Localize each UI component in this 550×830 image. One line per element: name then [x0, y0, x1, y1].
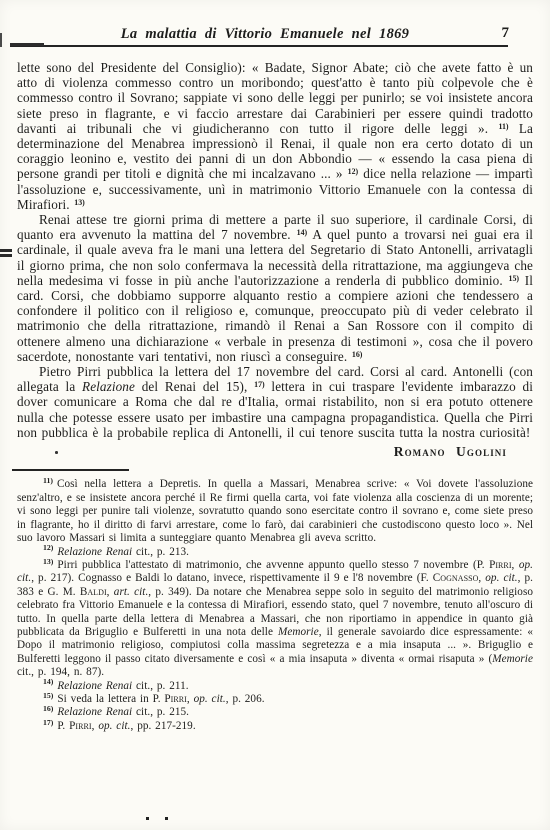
footnote-15: 15)Si veda la lettera in P. Pirri, op. c… [17, 693, 533, 706]
scan-edge-artifact [0, 33, 2, 47]
page-title: La malattia di Vittorio Emanuele nel 186… [57, 26, 473, 43]
footnote-12: 12)Relazione Renai cit., p. 213. [17, 546, 533, 559]
footnote-label: 12) [43, 543, 53, 552]
paragraph: Pietro Pirri pubblica la lettera del 17 … [17, 364, 533, 440]
footnote-17: 17)P. Pirri, op. cit., pp. 217-219. [17, 720, 533, 733]
footnotes: 11)Così nella lettera a Depretis. In que… [17, 478, 533, 733]
scanned-book-page: La malattia di Vittorio Emanuele nel 186… [0, 0, 550, 830]
header-rule-thick-segment [10, 43, 44, 46]
footnote-text: P. Pirri, op. cit., pp. 217-219. [57, 720, 195, 732]
footnote-text: Si veda la lettera in P. Pirri, op. cit.… [57, 693, 264, 705]
footnote-text: Così nella lettera a Depretis. In quella… [17, 478, 533, 544]
ink-dot-artifact [55, 451, 58, 454]
footnote-label: 16) [43, 704, 53, 713]
paragraph: lette sono del Presidente del Consiglio)… [17, 60, 533, 212]
footnote-14: 14)Relazione Renai cit., p. 211. [17, 680, 533, 693]
signature-row: Romano Ugolini [17, 444, 533, 461]
footnote-text: Relazione Renai cit., p. 215. [57, 706, 189, 718]
author-signature: Romano Ugolini [394, 444, 507, 459]
section-divider-dots-icon [146, 817, 186, 821]
footnote-separator [12, 469, 129, 471]
header-rule [10, 45, 508, 47]
footnote-11: 11)Così nella lettera a Depretis. In que… [17, 478, 533, 545]
footnote-text: Relazione Renai cit., p. 213. [57, 546, 189, 558]
running-header: La malattia di Vittorio Emanuele nel 186… [17, 26, 533, 44]
footnote-label: 15) [43, 691, 53, 700]
footnote-16: 16)Relazione Renai cit., p. 215. [17, 706, 533, 719]
page-number: 7 [502, 25, 510, 42]
footnote-label: 14) [43, 677, 53, 686]
footnote-text: Pirri pubblica l'attestato di matrimonio… [17, 559, 533, 678]
footnote-label: 11) [43, 476, 53, 485]
article-body: lette sono del Presidente del Consiglio)… [17, 60, 533, 733]
footnote-label: 17) [43, 718, 53, 727]
paragraph: Renai attese tre giorni prima di mettere… [17, 212, 533, 364]
footnote-label: 13) [43, 557, 53, 566]
margin-proof-mark-icon [0, 249, 12, 258]
footnote-text: Relazione Renai cit., p. 211. [57, 680, 188, 692]
footnote-13: 13)Pirri pubblica l'attestato di matrimo… [17, 559, 533, 680]
